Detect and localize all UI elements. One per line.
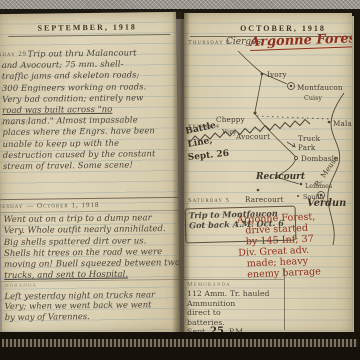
subheader-october-1: Tuesday — October 1, 1918	[0, 201, 99, 210]
handwriting-line: places where the Engrs. have been	[2, 126, 155, 139]
memoranda-rule	[184, 279, 284, 280]
handwriting-line: batteries.	[187, 318, 287, 328]
entry-memoranda-left: Left yesterday night on trucks near Very…	[4, 289, 155, 322]
map-label-cheppy: Cheppy	[216, 115, 246, 124]
map-label-montfaucon: Montfaucon	[297, 83, 343, 92]
entry-october-1: Went out on a trip to a dump near Very. …	[4, 213, 180, 283]
handwriting-line: Very bad condition; entirely new	[2, 92, 155, 105]
memoranda-label-right: Memoranda	[187, 281, 231, 288]
map-label-very: Very	[221, 128, 237, 136]
map-dot-lemmes	[300, 183, 303, 186]
handwriting-line: by way of Varennes.	[5, 310, 156, 322]
map-label-ivory: Ivory	[267, 70, 287, 79]
diary-cover-bottom	[0, 332, 360, 360]
diary-photo: SEPTEMBER, 1918 Sunday 29 Trip out thru …	[0, 0, 360, 360]
handwriting-line: 112 Amm. Tr. hauled	[187, 289, 287, 299]
memoranda-label-left: Memoranda	[0, 282, 37, 290]
handwriting-line: Trip out thru Malancourt	[1, 47, 154, 60]
map-dot-malancourt	[328, 121, 331, 124]
map-label-park: Park	[298, 143, 316, 152]
entry-memoranda-right: 112 Amm. Tr. hauled Ammunition direct to…	[187, 289, 287, 335]
handwriting-line: Very. Whole outfit nearly annihilated.	[4, 224, 180, 237]
map-dotted-road	[257, 116, 330, 119]
day-label-monday-30: Monday 30	[0, 120, 30, 127]
red-pencil-note: Argonne Forest, drive started by 145 Inf…	[237, 209, 352, 281]
entry-sept-29-30: Trip out thru Malancourt and Avocourt; 7…	[1, 47, 155, 172]
handwriting-line: Very; when we went back we went	[5, 300, 156, 312]
map-road	[238, 51, 287, 84]
map-dot-montfaucon-center	[290, 85, 292, 87]
page-gutter-shadow	[172, 12, 190, 334]
map-dot-cheppy	[254, 112, 257, 115]
map-road	[255, 74, 262, 112]
map-label-line: Line,	[187, 136, 214, 150]
handwriting-line: stream of travel. Some scene!	[3, 159, 156, 172]
map-label-verdun: Verdun	[307, 198, 346, 209]
map-label-sept-26: Sept. 26	[187, 149, 229, 163]
map-label-malancourt: Malancourt	[333, 119, 352, 128]
map-label-rarecourt: Rarecourt	[245, 195, 284, 204]
map-arrow	[287, 142, 295, 147]
diary-page-september: SEPTEMBER, 1918 Sunday 29 Trip out thru …	[0, 12, 180, 335]
map-label-avocourt: Avocourt	[235, 132, 270, 141]
map-label-cuisy: Cuisy	[304, 94, 322, 102]
diary-page-october: OCTOBER, 1918 Thursday 3 Cierges Argonne…	[184, 13, 352, 335]
cover-stitching	[2, 339, 358, 347]
map-dot-souilly	[297, 195, 299, 197]
map-dot-ivory	[261, 73, 264, 76]
map-dot-rarecourt	[257, 189, 260, 192]
handwriting-line: Ammunition	[187, 299, 287, 309]
map-label-recicourt: Recicourt	[255, 172, 306, 182]
handwriting-line: direct to	[187, 308, 287, 318]
map-label-truck: Truck	[298, 134, 321, 143]
